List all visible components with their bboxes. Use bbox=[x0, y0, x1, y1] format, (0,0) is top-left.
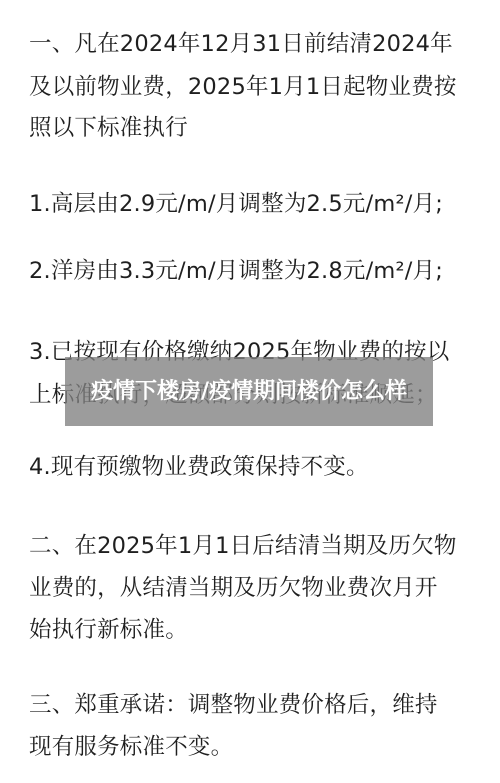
doc-line-item1: 1.高层由2.9元/m/月调整为2.5元/m²/月; bbox=[29, 190, 443, 218]
doc-line-section1-b: 及以前物业费，2025年1月1日起物业费按 bbox=[29, 73, 457, 101]
doc-line-item2: 2.洋房由3.3元/m/月调整为2.8元/m²/月; bbox=[29, 257, 443, 285]
overlay-title: 疫情下楼房/疫情期间楼价怎么样 bbox=[84, 379, 414, 405]
document-body: 一、凡在2024年12月31日前结清2024年 及以前物业费，2025年1月1日… bbox=[0, 0, 500, 783]
doc-line-item4: 4.现有预缴物业费政策保持不变。 bbox=[29, 453, 369, 481]
doc-line-section1-a: 一、凡在2024年12月31日前结清2024年 bbox=[29, 30, 453, 58]
doc-line-section3-b: 现有服务标准不变。 bbox=[29, 733, 233, 761]
title-overlay-banner: 疫情下楼房/疫情期间楼价怎么样 bbox=[65, 357, 433, 426]
doc-line-section2-b: 业费的，从结清当期及历欠物业费次月开 bbox=[29, 574, 438, 602]
doc-line-section3-a: 三、郑重承诺：调整物业费价格后，维持 bbox=[29, 691, 438, 719]
doc-line-section2-a: 二、在2025年1月1日后结清当期及历欠物 bbox=[29, 532, 457, 560]
doc-line-section2-c: 始执行新标准。 bbox=[29, 616, 188, 644]
doc-line-section1-c: 照以下标准执行 bbox=[29, 114, 188, 142]
